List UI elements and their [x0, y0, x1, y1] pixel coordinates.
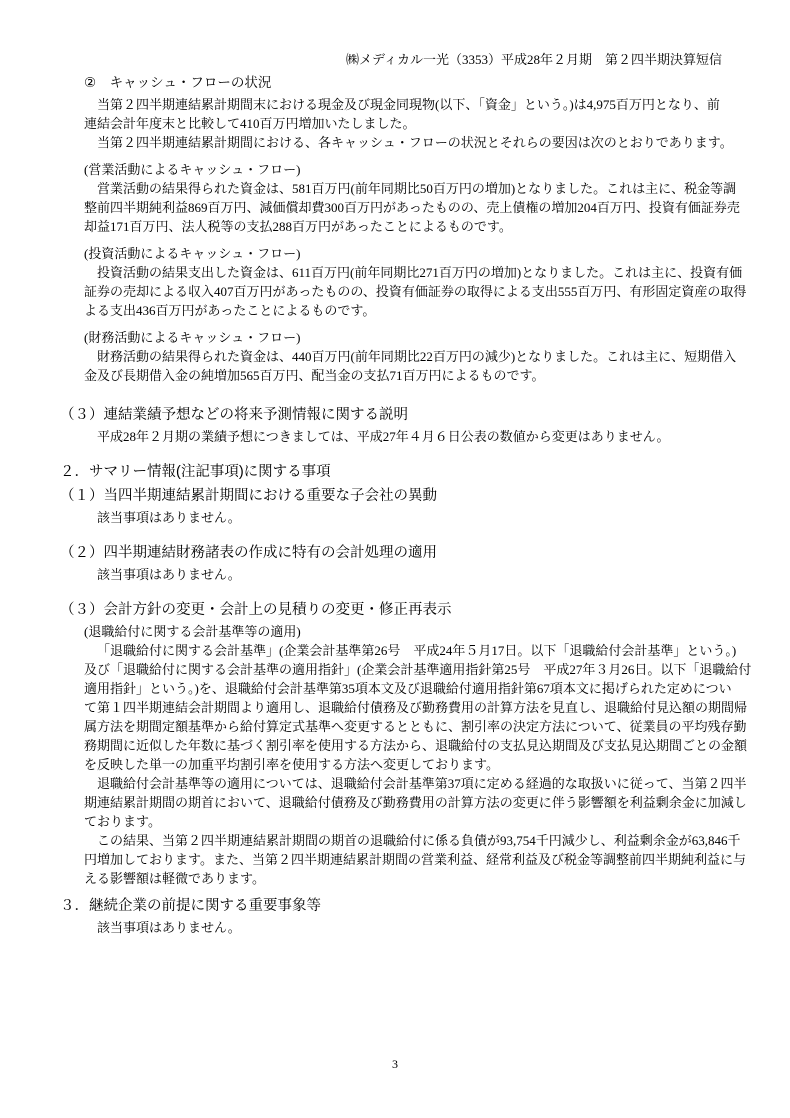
text-line: 却益171百万円、法人税等の支払288百万円があったことによるものです。 — [84, 217, 729, 236]
forecast-body: 平成28年２月期の業績予想につきましては、平成27年４月６日公表の数値から変更は… — [97, 427, 790, 446]
text-line: 「退職給付に関する会計基準」(企業会計基準第26号 平成24年５月17日。以下「… — [84, 641, 729, 660]
forecast-heading: （３）連結業績予想などの将来予測情報に関する説明 — [60, 405, 790, 425]
page-number: 3 — [0, 1056, 790, 1072]
text-line: 期連結累計期間の期首において、退職給付債務及び勤務費用の計算方法の変更に伴う影響… — [84, 793, 729, 812]
document-page: ㈱メディカル一光（3353）平成28年２月期 第２四半期決算短信 ② キャッシュ… — [0, 0, 790, 1118]
subsection2-heading: （２）四半期連結財務諸表の作成に特有の会計処理の適用 — [60, 543, 790, 563]
going-concern-body: 該当事項はありません。 — [97, 918, 790, 937]
text-line: 営業活動の結果得られた資金は、581百万円(前年同期比50百万円の増加)となりま… — [84, 179, 729, 198]
subsection1-heading: （１）当四半期連結累計期間における重要な子会社の異動 — [60, 486, 790, 506]
operating-cash-flow: (営業活動によるキャッシュ・フロー) 営業活動の結果得られた資金は、581百万円… — [84, 160, 729, 236]
text-line: 財務活動の結果得られた資金は、440百万円(前年同期比22百万円の減少)となりま… — [84, 347, 729, 366]
text-line: ております。 — [84, 812, 729, 831]
text-line: を反映した単一の加重平均割引率を使用する方法へ変更しております。 — [84, 755, 729, 774]
doc-header: ㈱メディカル一光（3353）平成28年２月期 第２四半期決算短信 — [0, 0, 722, 69]
text-line: 適用指針」という。)を、退職給付会計基準第35項本文及び退職給付適用指針第67項… — [84, 679, 729, 698]
investing-cash-flow: (投資活動によるキャッシュ・フロー) 投資活動の結果支出した資金は、611百万円… — [84, 244, 729, 320]
text-line: 金及び長期借入金の純増加565百万円、配当金の支払71百万円によるものです。 — [84, 366, 729, 385]
investing-cf-label: (投資活動によるキャッシュ・フロー) — [84, 244, 729, 263]
cash-flow-intro: 当第２四半期連結累計期間末における現金及び現金同現物(以下、「資金」という。)は… — [84, 95, 729, 152]
text-line: 連結会計年度末と比較して410百万円増加いたしました。 — [84, 114, 729, 133]
retirement-note-label: (退職給付に関する会計基準等の適用) — [84, 622, 729, 641]
text-line: て第１四半期連結会計期間より適用し、退職給付債務及び勤務費用の計算方法を見直し、… — [84, 698, 729, 717]
summary-heading: ２．サマリー情報(注記事項)に関する事項 — [60, 462, 790, 482]
text-line: える影響額は軽微であります。 — [84, 869, 729, 888]
text-line: 投資活動の結果支出した資金は、611百万円(前年同期比271百万円の増加)となり… — [84, 263, 729, 282]
text-line: この結果、当第２四半期連結累計期間の期首の退職給付に係る負債が93,754千円減… — [84, 831, 729, 850]
subsection2-body: 該当事項はありません。 — [97, 565, 790, 584]
retirement-benefit-note: (退職給付に関する会計基準等の適用) 「退職給付に関する会計基準」(企業会計基準… — [84, 622, 729, 888]
text-line: よる支出436百万円があったことによるものです。 — [84, 301, 729, 320]
subsection1-body: 該当事項はありません。 — [97, 508, 790, 527]
financing-cash-flow: (財務活動によるキャッシュ・フロー) 財務活動の結果得られた資金は、440百万円… — [84, 328, 729, 385]
subsection3-heading: （３）会計方針の変更・会計上の見積りの変更・修正再表示 — [60, 600, 790, 620]
text-line: 整前四半期純利益869百万円、減価償却費300百万円があったものの、売上債権の増… — [84, 198, 729, 217]
financing-cf-label: (財務活動によるキャッシュ・フロー) — [84, 328, 729, 347]
operating-cf-label: (営業活動によるキャッシュ・フロー) — [84, 160, 729, 179]
text-line: 務期間に近似した年数に基づく割引率を使用する方法から、退職給付の支払見込期間及び… — [84, 736, 729, 755]
going-concern-heading: ３．継続企業の前提に関する重要事象等 — [60, 896, 790, 916]
text-line: 属方法を期間定額基準から給付算定式基準へ変更するとともに、割引率の決定方法につい… — [84, 717, 729, 736]
text-line: 及び「退職給付に関する会計基準の適用指針」(企業会計基準適用指針第25号 平成2… — [84, 660, 729, 679]
text-line: 円増加しております。また、当第２四半期連結累計期間の営業利益、経常利益及び税金等… — [84, 850, 729, 869]
text-line: 退職給付会計基準等の適用については、退職給付会計基準第37項に定める経過的な取扱… — [84, 774, 729, 793]
cash-flow-heading: ② キャッシュ・フローの状況 — [84, 73, 790, 93]
text-line: 証券の売却による収入407百万円があったものの、投資有価証券の取得による支出55… — [84, 282, 729, 301]
text-line: 当第２四半期連結累計期間における、各キャッシュ・フローの状況とそれらの要因は次の… — [84, 133, 729, 152]
text-line: 当第２四半期連結累計期間末における現金及び現金同現物(以下、「資金」という。)は… — [84, 95, 729, 114]
